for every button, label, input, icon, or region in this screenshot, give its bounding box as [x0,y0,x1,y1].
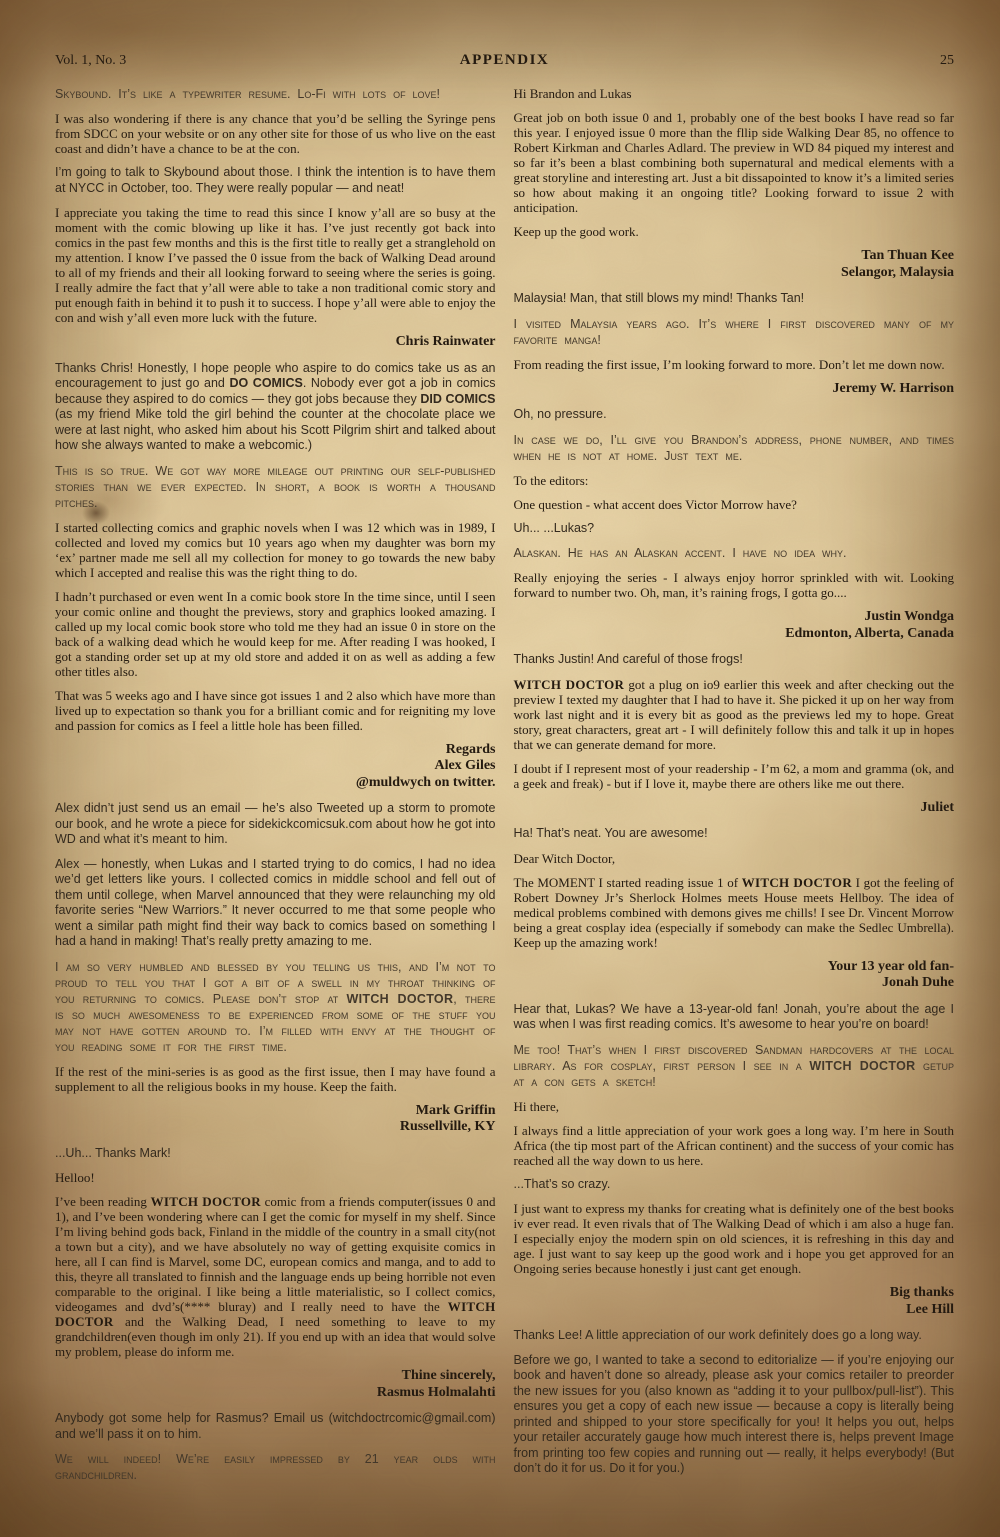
letter-signature: Your 13 year old fan-Jonah Duhe [514,959,955,992]
page-title: APPENDIX [460,52,550,69]
editor-response: I’m going to talk to Skybound about thos… [55,165,496,196]
letter-signature: Mark GriffinRussellville, KY [55,1103,496,1136]
column-right: Hi Brandon and LukasGreat job on both is… [514,86,955,1513]
editor-response: ...Uh... Thanks Mark! [55,1146,496,1162]
editor-response: Malaysia! Man, that still blows my mind!… [514,291,955,307]
editor-response: ...That’s so crazy. [514,1177,955,1193]
volume-label: Vol. 1, No. 3 [55,53,460,69]
letter-paragraph: I appreciate you taking the time to read… [55,205,496,325]
letter-signature: Chris Rainwater [55,334,496,351]
editor-response-smallcaps: This is so true. We got way more mileage… [55,463,496,511]
editor-response: Alex didn’t just send us an email — he’s… [55,801,496,848]
letter-paragraph: One question - what accent does Victor M… [514,497,955,512]
letter-paragraph: WITCH DOCTOR got a plug on io9 earlier t… [514,677,955,752]
editor-response: Alex — honestly, when Lukas and I starte… [55,857,496,950]
letter-paragraph: Keep up the good work. [514,224,955,239]
letter-paragraph: To the editors: [514,473,955,488]
letter-paragraph: Helloo! [55,1170,496,1185]
editor-response-smallcaps: In case we do, I’ll give you Brandon’s a… [514,432,955,464]
letter-paragraph: I hadn’t purchased or even went In a com… [55,589,496,679]
editor-response: Hear that, Lukas? We have a 13-year-old … [514,1002,955,1033]
editor-response-smallcaps: We will indeed! We’re easily impressed b… [55,1451,496,1483]
letter-paragraph: That was 5 weeks ago and I have since go… [55,688,496,733]
page-number: 25 [549,53,954,69]
letter-signature: Jeremy W. Harrison [514,381,955,398]
letter-paragraph: Really enjoying the series - I always en… [514,570,955,600]
column-left: Skybound. It’s like a typewriter resume.… [55,86,496,1513]
letter-signature: Juliet [514,800,955,817]
letter-paragraph: I started collecting comics and graphic … [55,520,496,580]
letter-paragraph: Hi Brandon and Lukas [514,86,955,101]
letter-paragraph: I just want to express my thanks for cre… [514,1201,955,1276]
letter-paragraph: From reading the first issue, I’m lookin… [514,357,955,372]
editor-response: Ha! That’s neat. You are awesome! [514,826,955,842]
editor-response: Oh, no pressure. [514,407,955,423]
letter-paragraph: I doubt if I represent most of your read… [514,761,955,791]
letter-paragraph: The MOMENT I started reading issue 1 of … [514,875,955,950]
letter-paragraph: If the rest of the mini-series is as goo… [55,1064,496,1094]
letters-content: Skybound. It’s like a typewriter resume.… [55,86,954,1513]
letter-paragraph: I was also wondering if there is any cha… [55,111,496,156]
letter-paragraph: I’ve been reading WITCH DOCTOR comic fro… [55,1194,496,1359]
letter-signature: Justin WondgaEdmonton, Alberta, Canada [514,609,955,642]
letter-signature: Thine sincerely,Rasmus Holmalahti [55,1368,496,1401]
editor-response: Anybody got some help for Rasmus? Email … [55,1411,496,1442]
letter-signature: RegardsAlex Giles@muldwych on twitter. [55,742,496,792]
editor-response-smallcaps: Alaskan. He has an Alaskan accent. I hav… [514,545,955,561]
letter-paragraph: I always find a little appreciation of y… [514,1123,955,1168]
editor-response: Thanks Justin! And careful of those frog… [514,652,955,668]
letter-paragraph: Hi there, [514,1099,955,1114]
editor-response-smallcaps: Me too! That’s when I first discovered S… [514,1042,955,1090]
letter-paragraph: Dear Witch Doctor, [514,851,955,866]
editor-response: Before we go, I wanted to take a second … [514,1353,955,1477]
editor-response: Thanks Lee! A little appreciation of our… [514,1328,955,1344]
letter-signature: Big thanksLee Hill [514,1285,955,1318]
editor-response: Thanks Chris! Honestly, I hope people wh… [55,361,496,454]
editor-response: Uh... ...Lukas? [514,521,955,537]
letter-paragraph: Great job on both issue 0 and 1, probabl… [514,110,955,215]
editor-response-smallcaps: I am so very humbled and blessed by you … [55,959,496,1055]
letter-signature: Tan Thuan KeeSelangor, Malaysia [514,248,955,281]
editor-response-smallcaps: I visited Malaysia years ago. It’s where… [514,316,955,348]
editor-response-smallcaps: Skybound. It’s like a typewriter resume.… [55,86,496,102]
letters-page: Vol. 1, No. 3 APPENDIX 25 Skybound. It’s… [0,0,1000,1537]
page-header: Vol. 1, No. 3 APPENDIX 25 [55,52,954,69]
